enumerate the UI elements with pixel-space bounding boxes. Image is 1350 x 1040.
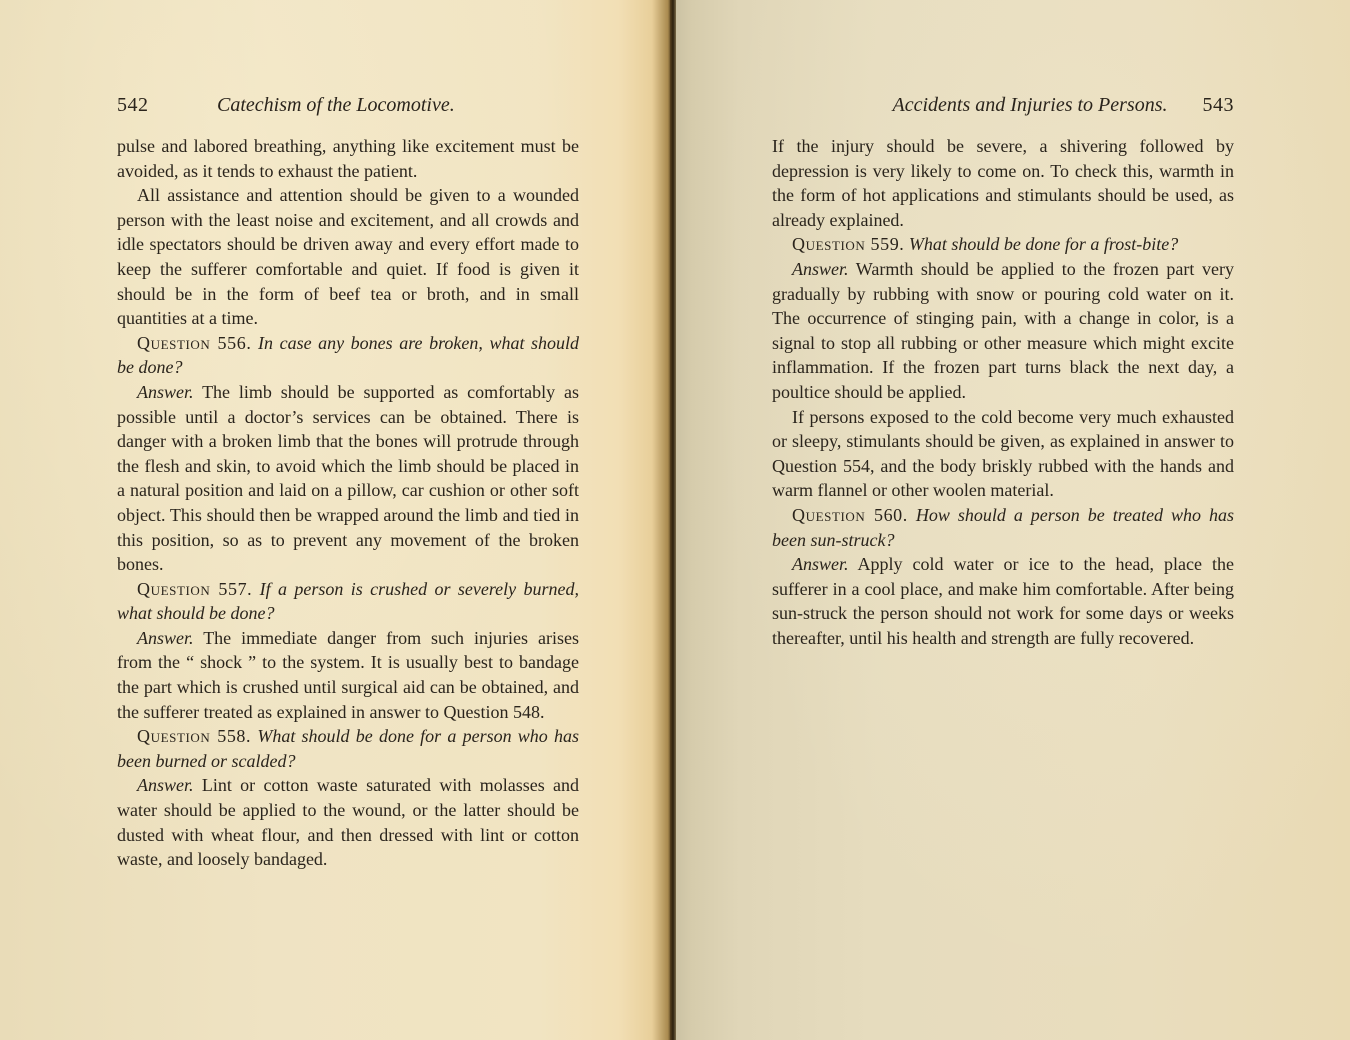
answer-557: Answer. The immediate danger from such i… [117, 626, 579, 724]
paragraph: All assistance and attention should be g… [117, 183, 579, 331]
right-page: Accidents and Injuries to Persons. 543 I… [672, 0, 1350, 1040]
book-gutter [670, 0, 676, 1040]
answer-label: Answer. [137, 628, 194, 648]
answer-label: Answer. [792, 554, 849, 574]
question-556: Question 556. In case any bones are brok… [117, 331, 579, 380]
answer-label: Answer. [792, 259, 849, 279]
question-559: Question 559. What should be done for a … [772, 232, 1234, 257]
paragraph-text: If persons exposed to the cold become ve… [772, 407, 1234, 501]
answer-556: Answer. The limb should be supported as … [117, 380, 579, 577]
question-label: Question 560. [792, 505, 908, 525]
question-label: Question 557. [137, 579, 252, 599]
left-running-head: 542 Catechism of the Locomotive. [117, 90, 579, 120]
question-label: Question 556. [137, 333, 251, 353]
left-page: 542 Catechism of the Locomotive. pulse a… [0, 0, 672, 1040]
question-557: Question 557. If a person is crushed or … [117, 577, 579, 626]
question-label: Question 559. [792, 234, 904, 254]
running-title: Accidents and Injuries to Persons. [893, 94, 1168, 116]
paragraph-text: All assistance and attention should be g… [117, 185, 579, 328]
book-spread: 542 Catechism of the Locomotive. pulse a… [0, 0, 1350, 1040]
question-560: Question 560. How should a person be tre… [772, 503, 1234, 552]
answer-label: Answer. [137, 775, 194, 795]
question-558: Question 558. What should be done for a … [117, 724, 579, 773]
running-title: Catechism of the Locomotive. [217, 90, 455, 120]
question-label: Question 558. [137, 726, 251, 746]
answer-text: Warmth should be applied to the frozen p… [772, 259, 1234, 402]
paragraph-text: pulse and labored breathing, anything li… [117, 136, 579, 181]
answer-text: The limb should be supported as comforta… [117, 382, 579, 574]
page-number: 543 [1203, 94, 1235, 116]
paragraph-text: If the injury should be severe, a shiver… [772, 136, 1234, 230]
answer-label: Answer. [137, 382, 194, 402]
right-running-head: Accidents and Injuries to Persons. 543 [772, 90, 1234, 120]
answer-560: Answer. Apply cold water or ice to the h… [772, 552, 1234, 650]
paragraph: If the injury should be severe, a shiver… [772, 134, 1234, 232]
left-body-text: pulse and labored breathing, anything li… [117, 134, 579, 872]
page-number: 542 [117, 94, 149, 116]
answer-558: Answer. Lint or cotton waste saturated w… [117, 773, 579, 871]
paragraph: If persons exposed to the cold become ve… [772, 405, 1234, 503]
question-text: What should be done for a frost-bite? [909, 234, 1178, 254]
paragraph: pulse and labored breathing, anything li… [117, 134, 579, 183]
right-body-text: If the injury should be severe, a shiver… [772, 134, 1234, 650]
answer-559: Answer. Warmth should be applied to the … [772, 257, 1234, 405]
